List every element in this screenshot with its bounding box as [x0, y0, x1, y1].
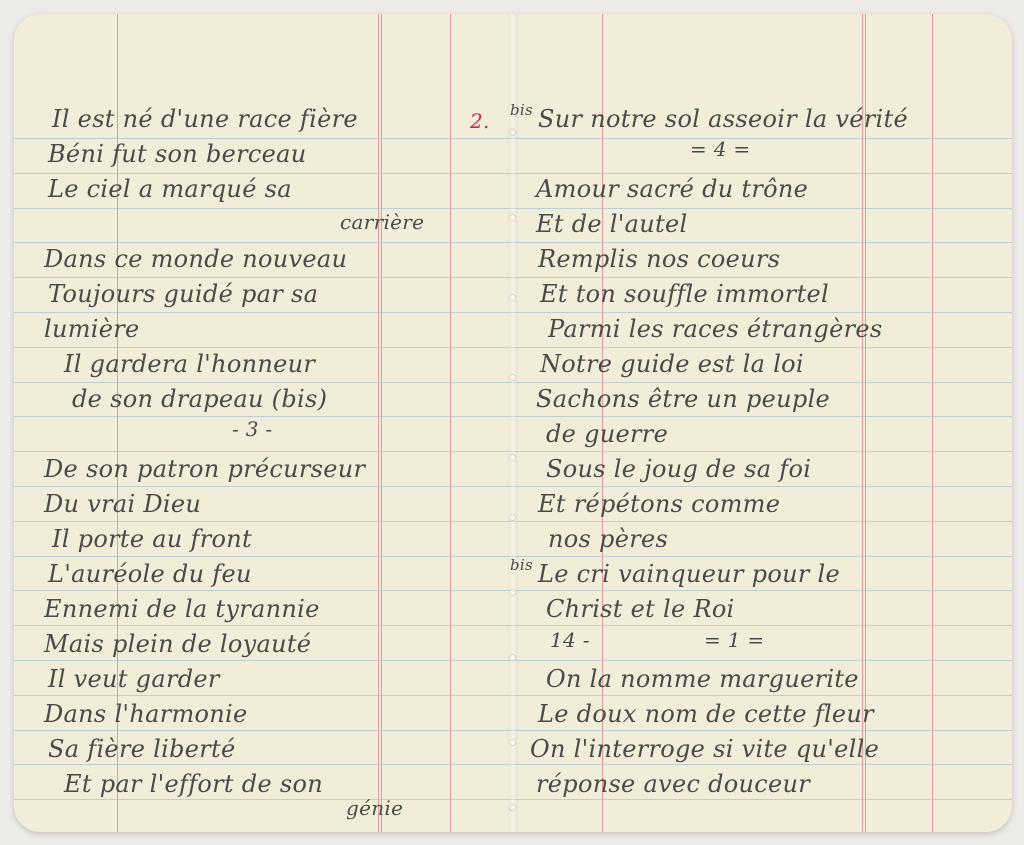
handwritten-line: = 1 = — [704, 628, 764, 652]
handwritten-line: Ennemi de la tyrannie — [44, 595, 320, 623]
handwritten-line: Et répétons comme — [538, 490, 780, 518]
handwritten-line: Le doux nom de cette fleur — [538, 700, 874, 728]
binding-hole — [510, 455, 515, 460]
handwritten-line: réponse avec douceur — [536, 770, 810, 798]
binding-hole — [510, 805, 515, 810]
handwritten-line: Toujours guidé par sa — [48, 280, 318, 308]
binding-hole — [510, 515, 515, 520]
handwritten-line: Dans ce monde nouveau — [44, 245, 347, 273]
handwritten-line-text: Sur notre sol asseoir la vérité — [538, 105, 908, 133]
binding-hole — [510, 295, 515, 300]
bis-annotation: bis — [510, 556, 533, 574]
handwritten-line: Et de l'autel — [536, 210, 687, 238]
handwritten-line: Remplis nos coeurs — [538, 245, 780, 273]
binding-hole — [510, 590, 515, 595]
handwritten-line: bisSur notre sol asseoir la vérité — [538, 105, 908, 133]
handwritten-line-text: Le cri vainqueur pour le — [538, 560, 840, 588]
handwritten-line: Il veut garder — [48, 665, 220, 693]
handwritten-line: L'auréole du feu — [48, 560, 252, 588]
handwritten-line: = 4 = — [690, 137, 750, 161]
margin-line — [378, 14, 379, 832]
handwritten-line: - 3 - — [232, 417, 272, 441]
handwritten-line: carrière — [340, 210, 424, 234]
handwritten-line: Il porte au front — [52, 525, 252, 553]
handwritten-line: Sa fière liberté — [48, 735, 235, 763]
handwritten-line: Du vrai Dieu — [44, 490, 201, 518]
handwritten-line: de guerre — [546, 420, 668, 448]
handwritten-line: de son drapeau (bis) — [72, 385, 327, 413]
red-page-mark: 2. — [470, 109, 490, 133]
handwritten-line: De son patron précurseur — [44, 455, 365, 483]
handwritten-line: génie — [346, 796, 403, 820]
handwritten-line: Christ et le Roi — [546, 595, 735, 623]
handwritten-line: Notre guide est la loi — [540, 350, 804, 378]
handwritten-line: lumière — [44, 315, 140, 343]
handwritten-line: nos pères — [548, 525, 668, 553]
binding-hole — [510, 655, 515, 660]
binding-hole — [510, 130, 515, 135]
handwritten-line: Il gardera l'honneur — [64, 350, 315, 378]
handwritten-line: Il est né d'une race fière — [52, 105, 358, 133]
spine-fold — [508, 14, 518, 832]
bis-annotation: bis — [510, 101, 533, 119]
handwritten-line: Et ton souffle immortel — [540, 280, 829, 308]
margin-line — [932, 14, 933, 832]
handwritten-line: 14 - — [550, 628, 590, 652]
handwritten-line: Dans l'harmonie — [44, 700, 248, 728]
handwritten-line: Sachons être un peuple — [536, 385, 830, 413]
binding-hole — [510, 215, 515, 220]
margin-line — [450, 14, 451, 832]
handwritten-line: Amour sacré du trône — [536, 175, 808, 203]
handwritten-line: Le ciel a marqué sa — [48, 175, 292, 203]
margin-line — [381, 14, 382, 832]
handwritten-line: bisLe cri vainqueur pour le — [538, 560, 840, 588]
handwritten-line: Béni fut son berceau — [48, 140, 307, 168]
binding-hole — [510, 375, 515, 380]
handwritten-line: Et par l'effort de son — [64, 770, 323, 798]
binding-hole — [510, 740, 515, 745]
handwritten-line: On la nomme marguerite — [546, 665, 859, 693]
handwritten-line: Mais plein de loyauté — [44, 630, 311, 658]
handwritten-line: Sous le joug de sa foi — [546, 455, 811, 483]
handwritten-line: Parmi les races étrangères — [548, 315, 883, 343]
handwritten-line: On l'interroge si vite qu'elle — [530, 735, 879, 763]
